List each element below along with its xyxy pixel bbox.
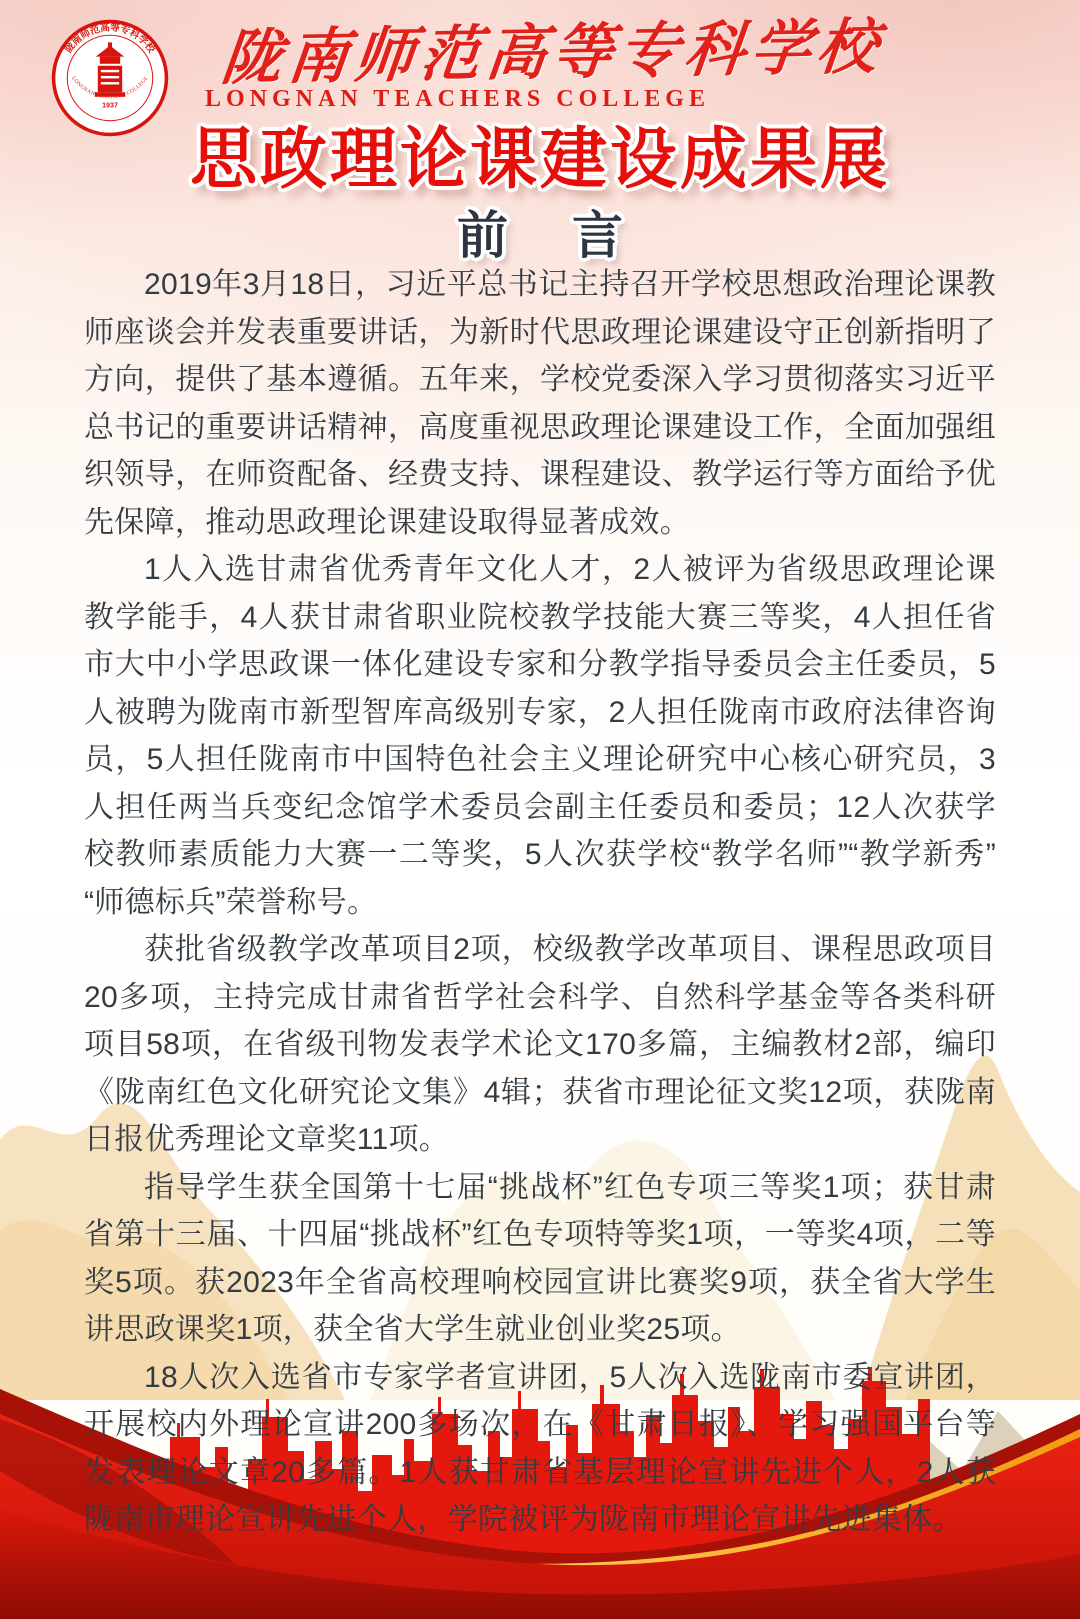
preface-heading: 前言 bbox=[393, 194, 687, 268]
school-name-block: 陇南师范高等专科学校 LONGNAN TEACHERS COLLEGE bbox=[195, 20, 910, 86]
preface-paragraph: 2019年3月18日，习近平总书记主持召开学校思想政治理论课教师座谈会并发表重要… bbox=[84, 261, 996, 546]
preface-paragraph: 18人次入选省市专家学者宣讲团，5人次入选陇南市委宣讲团，开展校内外理论宣讲20… bbox=[84, 1354, 996, 1544]
preface-paragraph: 指导学生获全国第十七届“挑战杯”红色专项三等奖1项；获甘肃省第十三届、十四届“挑… bbox=[84, 1164, 996, 1354]
preface-heading-wrap: 前言 bbox=[0, 194, 1080, 268]
preface-body: 2019年3月18日，习近平总书记主持召开学校思想政治理论课教师座谈会并发表重要… bbox=[84, 261, 996, 1544]
poster-background: 陇南师范高等专科学校 LONGNAN TEACHERS COLLEGE 1937… bbox=[0, 0, 1080, 1619]
poster-title: 思政理论课建设成果展 bbox=[0, 106, 1080, 202]
preface-paragraph: 获批省级教学改革项目2项，校级教学改革项目、课程思政项目20多项，主持完成甘肃省… bbox=[84, 926, 996, 1164]
school-name-chinese: 陇南师范高等专科学校 bbox=[191, 14, 914, 92]
preface-paragraph: 1人入选甘肃省优秀青年文化人才，2人被评为省级思政理论课教学能手，4人获甘肃省职… bbox=[84, 546, 996, 926]
